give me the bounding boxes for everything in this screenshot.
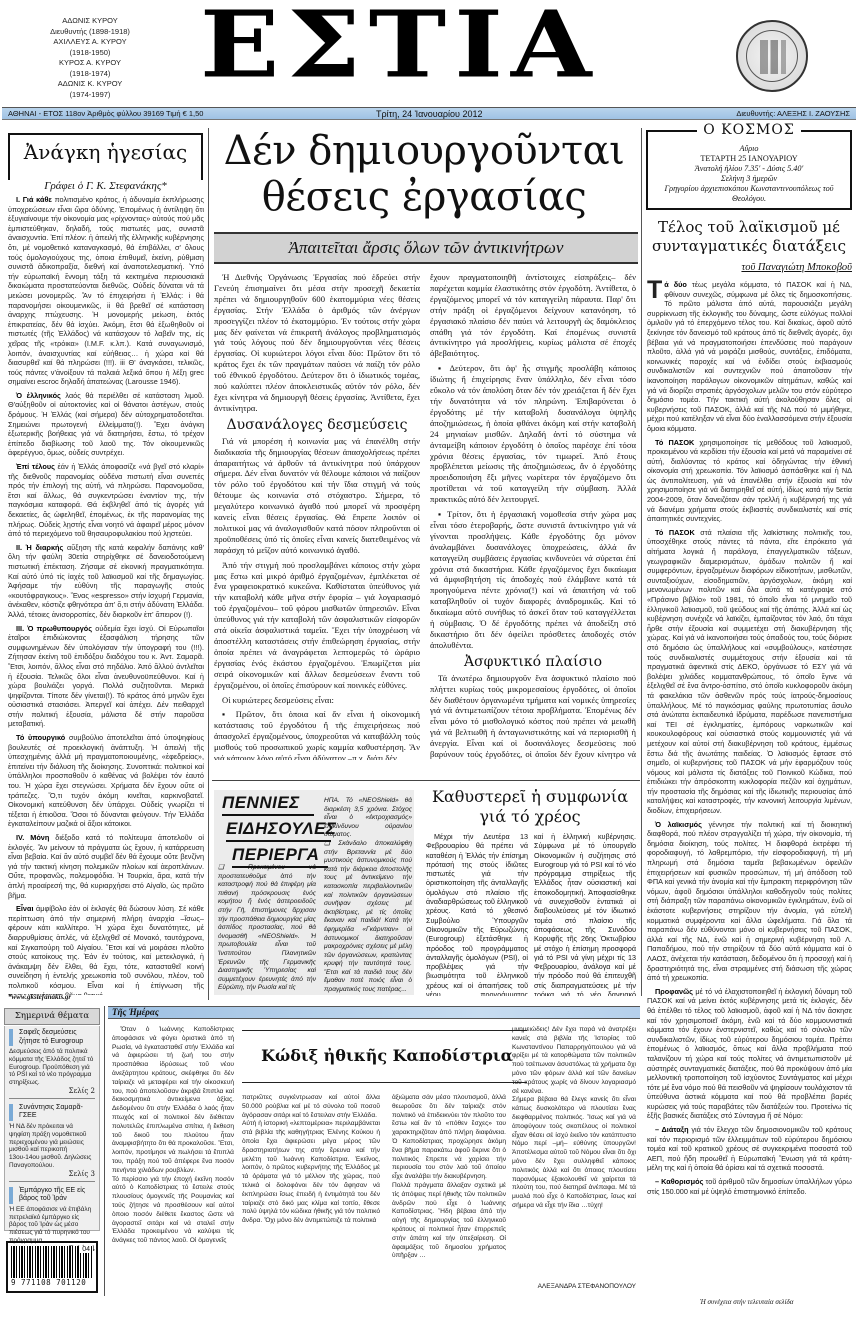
column-divider <box>208 128 209 1000</box>
topic-title[interactable]: Ἐμπάργκο τῆς ΕΕ εἰς βάρος τοῦ Ἰράν <box>9 1187 95 1204</box>
kosmos-title: Ο ΚΟΣΜΟΣ <box>646 122 852 138</box>
paragraph: Ἡ Διεθνής Ὀργάνωσις Ἐργασίας πού ἑδρεύει… <box>214 272 420 414</box>
bullet-paragraph: Πρῶτον, ὅτι ὁποια καί ἄν εἶναι ἡ οἰκονομ… <box>214 709 420 760</box>
kosmos-date: ΤΕΤΑΡΤΗ 25 ΙΑΝΟΥΑΡΙΟΥ <box>650 154 848 164</box>
feature-column-3: ἀξιώματα σάν μέσο πλουτισμοῦ, ἀλλά θεωρο… <box>392 1094 506 1294</box>
paragraph: IV. Μόνη διέξοδο κατά τό πολίτευμα ἀποτε… <box>8 833 204 900</box>
feature-column-4: μνημειώδεις! Δέν ἔχει παρά νά ἀνατρέξει … <box>512 1026 636 1256</box>
today-topics-header: Σημερινά θέματα <box>4 1008 100 1025</box>
paragraph: Τά ἀνωτέρω δημιουργοῦν ἕνα ἀσφυκτικό πλα… <box>430 673 636 760</box>
topic-title[interactable]: Συνάντησις Σαμαρᾶ-ΓΣΕΕ <box>9 1104 95 1121</box>
barcode-number: 9 771108 701120 <box>11 1278 93 1287</box>
topic-item[interactable]: Σαφεῖς δεσμεύσεις ζήτησε τό Eurogroup Δε… <box>9 1029 95 1099</box>
feature-column-1: Ὅταν ὁ Ἰωάννης Καποδίστριας ἀποφάσισε νά… <box>112 1026 234 1296</box>
kosmos-sun-times: Ἀνατολή ἡλίου 7.35' - Δύσις 5.40' <box>650 164 848 174</box>
opinion-body: Τά δύο τέως μεγάλα κόμματα, τό ΠΑΣΟΚ καί… <box>647 280 852 1290</box>
topic-summary: Ἡ ΕΕ ἀποφάσισε νά ἐπιβάλη πετρελαϊκό ἐμπ… <box>9 1206 95 1245</box>
masthead-info-bar: ΑΘΗΝΑΙ - ΕΤΟΣ 118ον Ἀριθμὸς φύλλου 39169… <box>2 107 856 120</box>
kosmos-saint: Γρηγορίου ἀρχιεπισκόπου Κωνσταντινουπόλε… <box>650 184 848 204</box>
debt-headline: Καθυστερεῖ ἡ συμφωνία γιά τό χρέος <box>420 787 640 827</box>
feature-section-label: Τῆς Ἡμέρας <box>112 1005 159 1019</box>
paragraph: Ἐπί τέλους ἐάν ἡ Ἑλλάς ἀποφασίζε «νά βγε… <box>8 462 204 539</box>
topic-title[interactable]: Σαφεῖς δεσμεύσεις ζήτησε τό Eurogroup <box>9 1029 95 1046</box>
column-divider <box>641 128 642 996</box>
subheading: Ἀσφυκτικό πλαίσιο <box>430 657 636 668</box>
debt-column-1: Μέχρι τήν Δευτέρα 13 Φεβρουαρίου θά πρέπ… <box>426 832 528 996</box>
founder-name: ΑΔΩΝΙΣ Κ. ΚΥΡΟΥ <box>20 79 160 90</box>
founder-years: (1918-1974) <box>20 69 160 80</box>
topic-item[interactable]: Συνάντησις Σαμαρᾶ-ΓΣΕΕ Ἡ ΝΔ δέν πρόκειτα… <box>9 1104 95 1182</box>
column-divider <box>104 1006 105 1296</box>
paragraph: Γιά νά μπορέση ἡ κοινωνία μας νά ἐπανέλθ… <box>214 436 420 556</box>
seal-emblem-icon <box>736 20 808 92</box>
gossip-logo: ΠΕΝΝΙΕΣ ΕΙΔΗΣΟΥΛΕΣ ΠΕΡΙΕΡΓΑ <box>222 792 332 870</box>
kosmos-details: Αὔριο ΤΕΤΑΡΤΗ 25 ΙΑΝΟΥΑΡΙΟΥ Ἀνατολή ἡλίο… <box>650 144 848 204</box>
topic-summary: Ἡ ΝΔ δέν πρόκειται νά ψηφίση πράξη νομοθ… <box>9 1123 95 1170</box>
barcode-issue: 04 <box>80 1246 90 1253</box>
founder-name: ΚΥΡΟΣ Α. ΚΥΡΟΥ <box>20 58 160 69</box>
opinion-title: Τέλος τοῦ λαϊκισμοῦ μέ συνταγματικές δια… <box>646 218 852 256</box>
founder-years: (1974-1997) <box>20 90 160 101</box>
paragraph: Οἱ κυριώτερες δεσμεύσεις εἶναι: <box>214 695 420 706</box>
main-story-column-2: ἔχουν πραγματοποιηθῆ ἀντίστοιχες εἰσπράξ… <box>430 272 636 760</box>
paragraph: Τό ΠΑΣΟΚ στά πλαίσια τῆς λαϊκίστικης πολ… <box>647 528 852 816</box>
feature-column-2: πατριῶτες συγκέντρωσαν καί αὐτοί ἄλλα 50… <box>242 1094 380 1294</box>
paragraph: Ὁ ἑλληνικός λαός θά περιέλθει σέ κατάστα… <box>8 391 204 458</box>
founder-years: Διευθυντής (1898-1918) <box>20 27 160 38</box>
newspaper-logo: ΕΣΤΙΑ <box>200 6 580 83</box>
topic-page[interactable]: Σελίς 3 <box>9 1170 95 1178</box>
director-name: Διευθυντής: ΑΛΕΞΗΣ Ι. ΖΑΟΥΣΗΣ <box>736 108 850 120</box>
kosmos-moon: Σελήνη 3 ἡμερῶν <box>650 174 848 184</box>
divider <box>212 780 640 781</box>
feature-section-bar <box>108 1006 640 1019</box>
gossip-column-1: ❑ Προκειμένου νά προστατευθοῦμε ἀπό τήν … <box>218 864 316 994</box>
continued-note: Ἡ συνέχεια στήν τελευταία σελίδα <box>700 1298 793 1306</box>
paragraph: Τά δύο τέως μεγάλα κόμματα, τό ΠΑΣΟΚ καί… <box>647 280 852 434</box>
paragraph: I. Γιά κάθε πολιτισμένο κράτος, ἡ ἀδυναμ… <box>8 195 204 387</box>
subheading: Δυσανάλογες δεσμεύσεις <box>214 420 420 431</box>
paragraph: – Διάταξη γιά τόν ἔλεγχο τῶν δημοσιονομι… <box>647 1125 852 1173</box>
debt-column-2: καί ἡ ἑλληνική κυβέρνησις. Σύμφωνα μέ τό… <box>534 832 636 996</box>
paragraph: Τό ὑπουργικό συμβούλιο ἀποτελεῖται ἀπό ὑ… <box>8 733 204 829</box>
paragraph: Ἀπό τήν στιγμή πού προσλαμβάνει κάποιος … <box>214 560 420 691</box>
main-headline: Δέν δημιουργοῦνται θέσεις ἐργασίας <box>212 128 636 220</box>
gossip-column-2: ΗΠΑ. Τό «NEOShield» θά διαρκέση 3,5 χρόν… <box>324 797 412 994</box>
issue-info: ΑΘΗΝΑΙ - ΕΤΟΣ 118ον Ἀριθμὸς φύλλου 39169… <box>8 108 203 120</box>
opinion-byline: τοῦ Παναγιώτη Μποκοβοῦ <box>646 262 852 273</box>
dropcap: Τ <box>647 280 662 300</box>
issue-date: Τρίτη, 24 Ἰανουαρίου 2012 <box>376 108 482 120</box>
bullet-paragraph: Τρίτον, ὅτι ἡ ἐργασιακή νομοθεσία στήν χ… <box>430 509 636 651</box>
founder-years: (1918-1950) <box>20 48 160 59</box>
paragraph: III. Ὁ πρωθυπουργός οὐδεμία ἔχει ἰσχύ. Ο… <box>8 624 204 730</box>
topic-page[interactable]: Σελίς 2 <box>9 1087 95 1095</box>
founder-name: ΑΧΙΛΛΕΥΣ Α. ΚΥΡΟΥ <box>20 37 160 48</box>
feature-author: ΑΛΕΞΑΝΔΡΑ ΣΤΕΦΑΝΟΠΟΥΛΟΥ <box>510 1283 636 1290</box>
main-story-column-1: Ἡ Διεθνής Ὀργάνωσις Ἐργασίας πού ἑδρεύει… <box>214 272 420 760</box>
bullet-paragraph: Δεύτερον, ὅτι ἀφ' ἧς στιγμῆς προσλάβη κά… <box>430 363 636 505</box>
feature-title: Κώδιξ ἠθικῆς Καποδίστρια <box>242 1044 532 1068</box>
paragraph: Εἶναι ἀμφίβολο ἐάν οἱ ἐκλογές θά δώσουν … <box>8 904 204 995</box>
topic-summary: Δεσμεύσεις ἀπό τά πολιτικά κόμματα τῆς Ἑ… <box>9 1048 95 1087</box>
today-topics-list: Σαφεῖς δεσμεύσεις ζήτησε τό Eurogroup Δε… <box>4 1026 100 1231</box>
paragraph: ἔχουν πραγματοποιηθῆ ἀντίστοιχες εἰσπράξ… <box>430 272 636 359</box>
editorial-title: Ἀνάγκη ἡγεσίας <box>8 140 203 164</box>
divider <box>242 1030 527 1031</box>
divider <box>242 1082 527 1083</box>
paragraph: Τό ΠΑΣΟΚ χρησιμοποίησε τίς μεθόδους τοῦ … <box>647 438 852 524</box>
paragraph: Ὁ λαϊκισμός γέννησε τήν πολιτική καί τή … <box>647 820 852 983</box>
paragraph: II. Ἡ διαρκής αὔξηση τῆς κατά κεφαλήν δα… <box>8 543 204 620</box>
founders-list: ΑΔΩΝΙΣ ΚΥΡΟΥ Διευθυντής (1898-1918) ΑΧΙΛ… <box>20 16 160 100</box>
paragraph: – Καθορισμός τοῦ ἀριθμοῦ τῶν δημοσίων ὑπ… <box>647 1177 852 1196</box>
editorial-website[interactable]: *www.gkstefanakis.gr <box>8 993 71 1001</box>
paragraph: Προφανῶς μέ τό νά ἐλαχιστοποιηθεῖ ἡ ἐκλο… <box>647 987 852 1121</box>
editorial-body: I. Γιά κάθε πολιτισμένο κράτος, ἡ ἀδυναμ… <box>8 195 204 995</box>
editorial-byline: Γράφει ὁ Γ. Κ. Στεφανάκης* <box>8 180 203 192</box>
main-deck: Ἀπαιτεῖται ἄρσις ὅλων τῶν ἀντικινήτρων <box>214 232 638 264</box>
barcode: 9 771108 701120 04 <box>6 1241 98 1293</box>
kosmos-line: Αὔριο <box>650 144 848 154</box>
founder-name: ΑΔΩΝΙΣ ΚΥΡΟΥ <box>20 16 160 27</box>
